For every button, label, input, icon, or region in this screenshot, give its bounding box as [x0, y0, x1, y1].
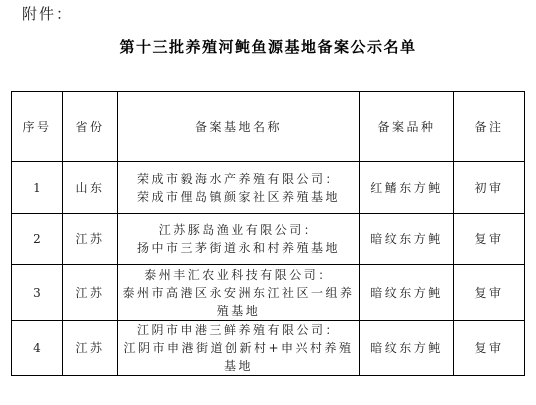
cell-base-name: 荣成市毅海水产养殖有限公司： 荣成市俚岛镇颜家社区养殖基地: [118, 162, 360, 214]
cell-base-name: 江阴市申港三鲜养殖有限公司： 江阴市申港街道创新村+申兴村养殖 基地: [118, 321, 360, 376]
attachment-label: 附件：: [22, 3, 73, 24]
cell-species: 暗纹东方鲀: [360, 265, 454, 321]
cell-base-name: 泰州丰汇农业科技有限公司： 泰州市高港区永安洲东江社区一组养 殖基地: [118, 265, 360, 321]
cell-index: 3: [12, 265, 63, 321]
cell-province: 江苏: [63, 265, 118, 321]
cell-remark: 复审: [454, 265, 525, 321]
cell-index: 2: [12, 214, 63, 265]
cell-species: 暗纹东方鲀: [360, 321, 454, 376]
header-base-name: 备案基地名称: [118, 92, 360, 162]
base-name-line: 荣成市俚岛镇颜家社区养殖基地: [118, 188, 359, 206]
cell-species: 红鳍东方鲀: [360, 162, 454, 214]
table-row: 2 江苏 江苏豚岛渔业有限公司： 扬中市三茅街道永和村养殖基地 暗纹东方鲀 复审: [12, 214, 525, 265]
cell-index: 1: [12, 162, 63, 214]
base-name-line: 扬中市三茅街道永和村养殖基地: [118, 239, 359, 257]
table-row: 1 山东 荣成市毅海水产养殖有限公司： 荣成市俚岛镇颜家社区养殖基地 红鳍东方鲀…: [12, 162, 525, 214]
base-name-line: 泰州市高港区永安洲东江社区一组养: [118, 284, 359, 302]
cell-province: 江苏: [63, 321, 118, 376]
base-name-line: 江苏豚岛渔业有限公司：: [118, 221, 359, 239]
cell-species: 暗纹东方鲀: [360, 214, 454, 265]
header-province: 省份: [63, 92, 118, 162]
base-name-line: 基地: [118, 357, 359, 375]
base-name-line: 泰州丰汇农业科技有限公司：: [118, 266, 359, 284]
cell-base-name: 江苏豚岛渔业有限公司： 扬中市三茅街道永和村养殖基地: [118, 214, 360, 265]
document-title: 第十三批养殖河鲀鱼源基地备案公示名单: [0, 36, 536, 57]
registry-table: 序号 省份 备案基地名称 备案品种 备注 1 山东 荣成市毅海水产养殖有限公司：…: [11, 91, 525, 376]
table-header-row: 序号 省份 备案基地名称 备案品种 备注: [12, 92, 525, 162]
header-species: 备案品种: [360, 92, 454, 162]
base-name-line: 荣成市毅海水产养殖有限公司：: [118, 170, 359, 188]
cell-remark: 复审: [454, 321, 525, 376]
cell-remark: 复审: [454, 214, 525, 265]
table-row: 3 江苏 泰州丰汇农业科技有限公司： 泰州市高港区永安洲东江社区一组养 殖基地 …: [12, 265, 525, 321]
table-row: 4 江苏 江阴市申港三鲜养殖有限公司： 江阴市申港街道创新村+申兴村养殖 基地 …: [12, 321, 525, 376]
base-name-line: 江阴市申港街道创新村+申兴村养殖: [118, 339, 359, 357]
cell-index: 4: [12, 321, 63, 376]
header-index: 序号: [12, 92, 63, 162]
cell-remark: 初审: [454, 162, 525, 214]
base-name-line: 江阴市申港三鲜养殖有限公司：: [118, 321, 359, 339]
cell-province: 山东: [63, 162, 118, 214]
header-remark: 备注: [454, 92, 525, 162]
cell-province: 江苏: [63, 214, 118, 265]
base-name-line: 殖基地: [118, 302, 359, 320]
